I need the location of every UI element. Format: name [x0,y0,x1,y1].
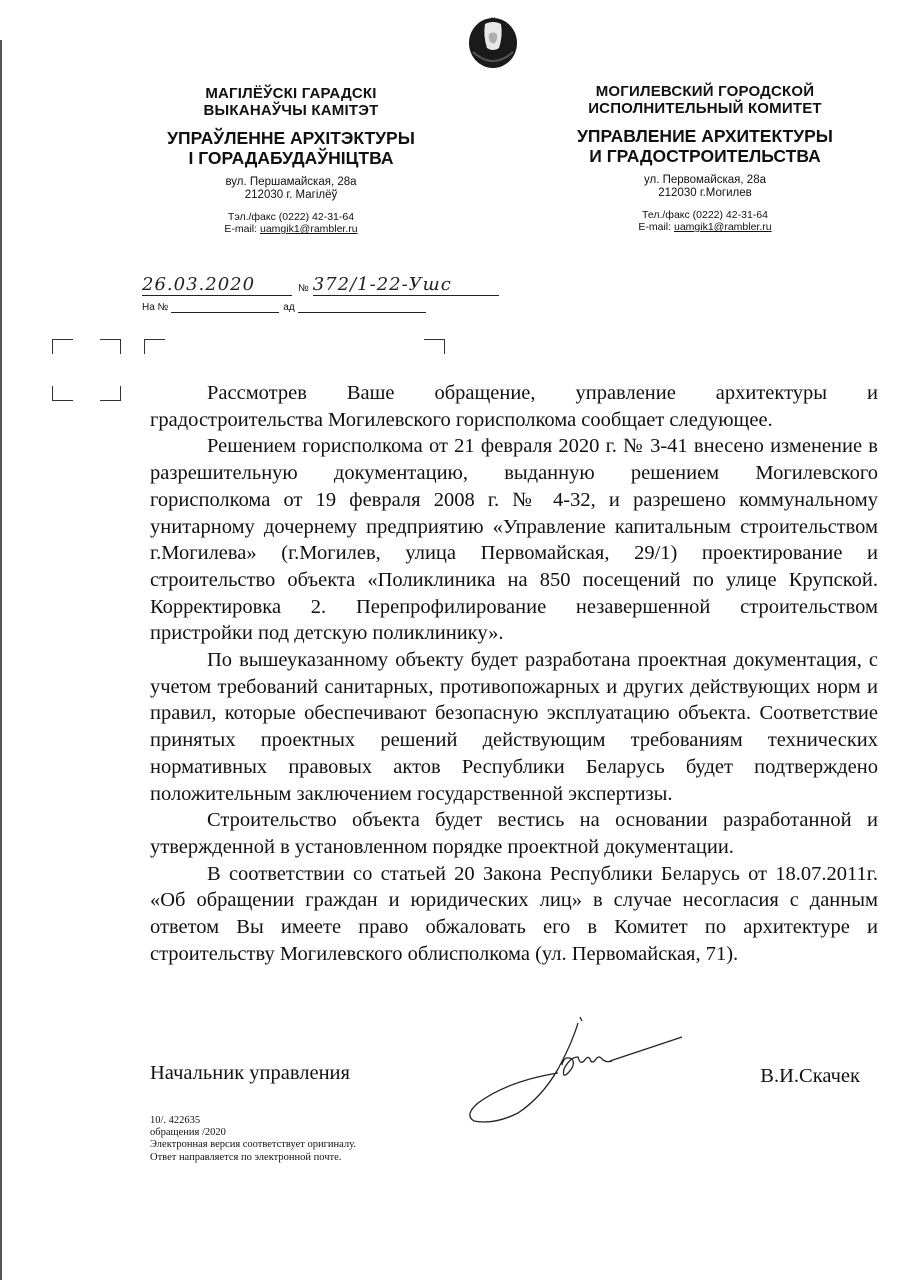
scan-edge-line [0,40,2,1280]
letterhead-russian: МОГИЛЕВСКИЙ ГОРОДСКОЙ ИСПОЛНИТЕЛЬНЫЙ КОМ… [545,83,865,233]
corner-mark-bottom-left [52,386,73,401]
signatory-name: В.И.Скачек [760,1065,860,1088]
reference-row: На № ад [142,300,499,313]
registration-block: 26.03.2020 № 372/1-22-Ушс На № ад [142,274,499,313]
address: ул. Первомайская, 28а 212030 г.Могилев [545,174,865,200]
dept-name: УПРАВЛЕНИЕ АРХИТЕКТУРЫ И ГРАДОСТРОИТЕЛЬС… [545,126,865,166]
corner-mark-top-left [52,339,73,354]
dept-name-line1: УПРАЎЛЕННЕ АРХІТЭКТУРЫ [150,128,432,148]
dept-name-line1: УПРАВЛЕНИЕ АРХИТЕКТУРЫ [545,126,865,146]
registration-number: 10/. 422635 [150,1115,356,1127]
delivery-note: Ответ направляется по электронной почте. [150,1152,356,1164]
org-name: МАГІЛЁЎСКІ ГАРАДСКІ ВЫКАНАЎЧЫ КАМІТЭТ [150,85,432,119]
address-field-corner-right [424,339,445,354]
outgoing-number: 372/1-22-Ушс [313,274,499,296]
address-line1: вул. Першамайская, 28а [150,176,432,189]
org-name: МОГИЛЕВСКИЙ ГОРОДСКОЙ ИСПОЛНИТЕЛЬНЫЙ КОМ… [545,83,865,117]
address-line1: ул. Первомайская, 28а [545,174,865,187]
email-link[interactable]: uamgik1@rambler.ru [674,221,772,233]
ref-date-label: ад [283,302,294,313]
corner-mark-top-right [100,339,121,354]
paragraph: Рассмотрев Ваше обращение, управление ар… [150,380,878,433]
org-name-line1: МОГИЛЕВСКИЙ ГОРОДСКОЙ [545,83,865,100]
address: вул. Першамайская, 28а 212030 г. Магілёў [150,176,432,202]
paragraph: По вышеуказанному объекту будет разработ… [150,647,878,807]
number-label: № [298,283,309,294]
appeal-reference: обращения /2020 [150,1127,356,1139]
handwritten-signature [460,1015,690,1125]
email-label: E-mail: [638,221,674,233]
org-name-line2: ВЫКАНАЎЧЫ КАМІТЭТ [150,102,432,119]
signatory-title: Начальник управления [150,1062,350,1085]
phone-fax: Тэл./факс (0222) 42-31-64 [150,211,432,223]
ref-date-field [298,300,426,313]
belarus-coat-of-arms-icon [463,12,523,72]
contact: Тел./факс (0222) 42-31-64 E-mail: uamgik… [545,209,865,233]
paragraph: Строительство объекта будет вестись на о… [150,807,878,860]
address-line2: 212030 г.Могилев [545,187,865,200]
paragraph: Решением горисполкома от 21 февраля 2020… [150,433,878,647]
phone-fax: Тел./факс (0222) 42-31-64 [545,209,865,221]
paragraph: В соответствии со статьей 20 Закона Респ… [150,861,878,968]
dept-name-line2: І ГОРАДАБУДАЎНІЦТВА [150,148,432,168]
email-row: E-mail: uamgik1@rambler.ru [150,223,432,235]
org-name-line2: ИСПОЛНИТЕЛЬНЫЙ КОМИТЕТ [545,100,865,117]
ref-number-label: На № [142,302,168,313]
email-label: E-mail: [224,223,260,235]
corner-mark-bottom-right [100,386,121,401]
dept-name: УПРАЎЛЕННЕ АРХІТЭКТУРЫ І ГОРАДАБУДАЎНІЦТ… [150,128,432,168]
dept-name-line2: И ГРАДОСТРОИТЕЛЬСТВА [545,146,865,166]
footer-note: 10/. 422635 обращения /2020 Электронная … [150,1115,356,1164]
address-field-corner-left [144,339,165,354]
contact: Тэл./факс (0222) 42-31-64 E-mail: uamgik… [150,211,432,235]
letter-body: Рассмотрев Ваше обращение, управление ар… [150,380,878,967]
email-link[interactable]: uamgik1@rambler.ru [260,223,358,235]
letterhead-belarusian: МАГІЛЁЎСКІ ГАРАДСКІ ВЫКАНАЎЧЫ КАМІТЭТ УП… [150,85,432,235]
outgoing-number-row: 26.03.2020 № 372/1-22-Ушс [142,274,499,296]
outgoing-date: 26.03.2020 [142,274,292,296]
email-row: E-mail: uamgik1@rambler.ru [545,221,865,233]
org-name-line1: МАГІЛЁЎСКІ ГАРАДСКІ [150,85,432,102]
address-line2: 212030 г. Магілёў [150,189,432,202]
electronic-copy-note: Электронная версия соответствует оригина… [150,1139,356,1151]
ref-number-field [171,300,279,313]
